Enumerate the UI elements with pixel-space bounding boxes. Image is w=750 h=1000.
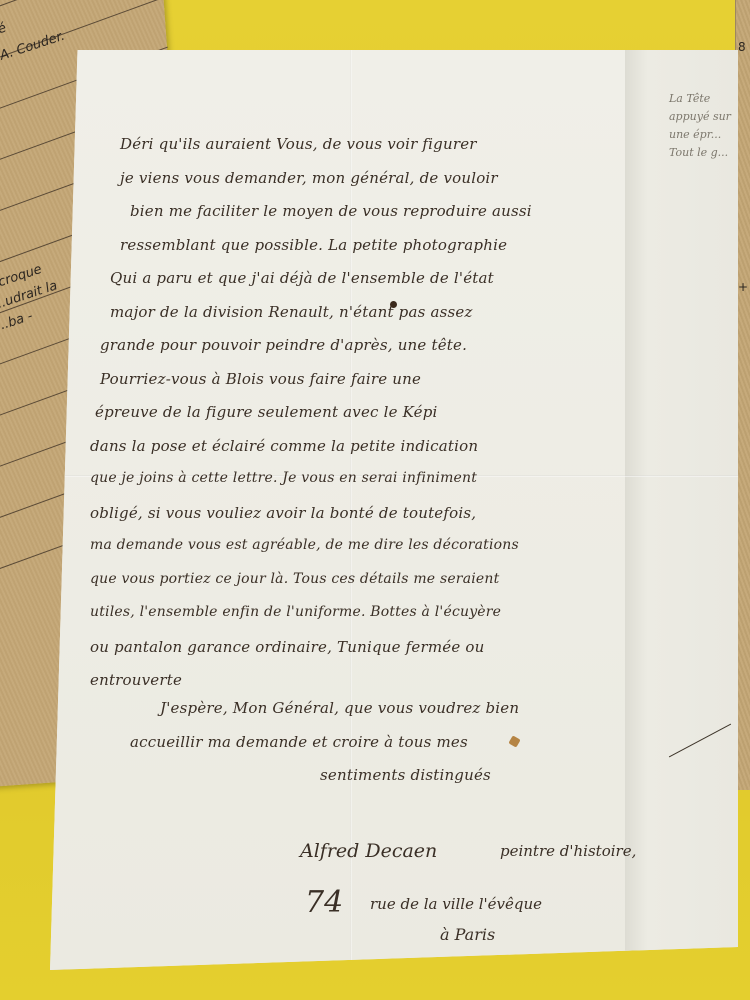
closing-line: accueillir ma demande et croire à tous m… [90,733,650,767]
pen-stroke [669,724,731,758]
letter-line: obligé, si vous vouliez avoir la bonté d… [90,504,650,538]
kraft-mark: + [738,280,748,294]
letter-line: je viens vous demander, mon général, de … [90,169,650,203]
ruled-line [0,0,161,30]
handwritten-letter: La Tête appuyé sur une épr... Tout le g.… [50,50,738,970]
address-number: 74 [305,885,343,920]
letter-line: Qui a paru et que j'ai déjà de l'ensembl… [90,269,650,303]
side-pencil-note: La Tête appuyé sur une épr... Tout le g.… [669,90,731,162]
letter-line: entrouverte [90,671,650,699]
address-city: à Paris [440,925,495,944]
letter-line: Pourriez-vous à Blois vous faire faire u… [90,370,650,404]
closing-line: J'espère, Mon Général, que vous voudrez … [90,699,650,733]
letter-line: utiles, l'ensemble enfin de l'uniforme. … [90,604,650,638]
letter-line: que vous portiez ce jour là. Tous ces dé… [90,571,650,605]
letter-line: grande pour pouvoir peindre d'après, une… [90,336,650,370]
kraft-mark: 8 [738,40,746,54]
kraft-note: ...cié [0,21,8,45]
letter-line: major de la division Renault, n'étant pa… [90,303,650,337]
letter-body: Déri qu'ils auraient Vous, de vous voir … [90,135,650,800]
letter-line: dans la pose et éclairé comme la petite … [90,437,650,471]
kraft-note: ...ba - [0,309,35,335]
signature-title: peintre d'histoire, [500,842,636,860]
letter-line: bien me faciliter le moyen de vous repro… [90,202,650,236]
address-street: rue de la ville l'évêque [370,895,542,913]
letter-line: Déri qu'ils auraient Vous, de vous voir … [90,135,650,169]
signature-name: Alfred Decaen [300,840,437,862]
letter-line: ressemblant que possible. La petite phot… [90,236,650,270]
letter-line: ou pantalon garance ordinaire, Tunique f… [90,638,650,672]
closing-line: sentiments distingués [90,766,650,800]
kraft-note: ...A. Couder. [0,29,67,68]
letter-line: que je joins à cette lettre. Je vous en … [90,470,650,504]
ink-blot [390,301,397,308]
letter-line: ma demande vous est agréable, de me dire… [90,537,650,571]
letter-line: épreuve de la figure seulement avec le K… [90,403,650,437]
